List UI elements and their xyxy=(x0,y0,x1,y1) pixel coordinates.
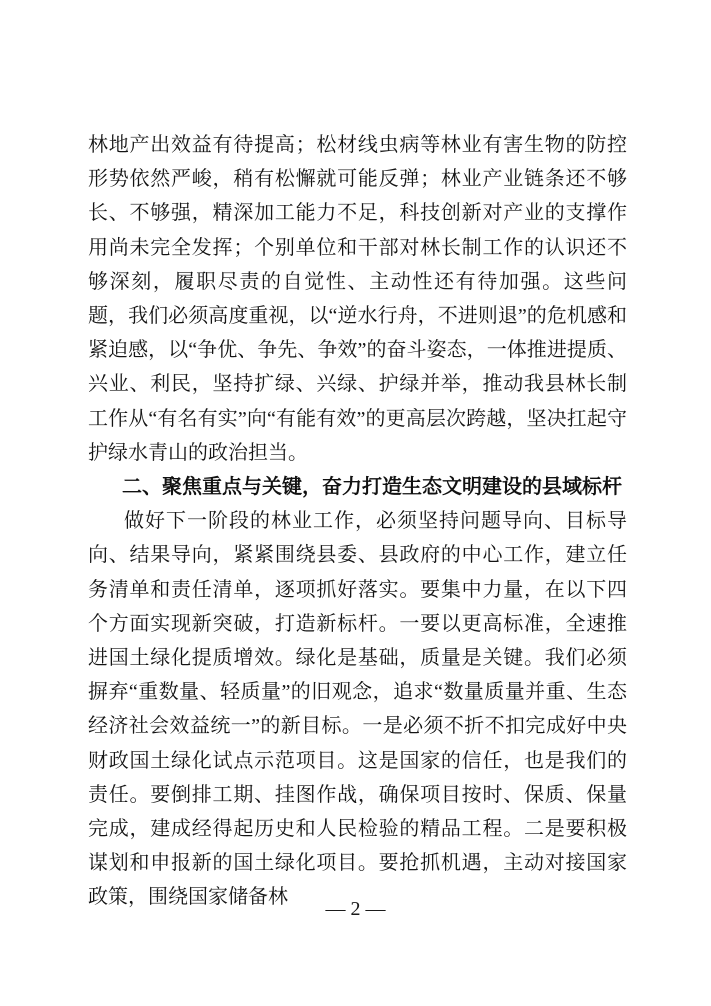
section-heading: 二、聚焦重点与关键，奋力打造生态文明建设的县域标杆 xyxy=(88,470,627,504)
document-body: 林地产出效益有待提高；松材线虫病等林业有害生物的防控形势依然严峻，稍有松懈就可能… xyxy=(88,128,627,915)
document-page: 林地产出效益有待提高；松材线虫病等林业有害生物的防控形势依然严峻，稍有松懈就可能… xyxy=(0,0,711,1006)
paragraph-body: 做好下一阶段的林业工作，必须坚持问题导向、目标导向、结果导向，紧紧围绕县委、县政… xyxy=(88,504,627,914)
page-number: — 2 — xyxy=(0,897,711,921)
paragraph-continuation: 林地产出效益有待提高；松材线虫病等林业有害生物的防控形势依然严峻，稍有松懈就可能… xyxy=(88,128,627,470)
